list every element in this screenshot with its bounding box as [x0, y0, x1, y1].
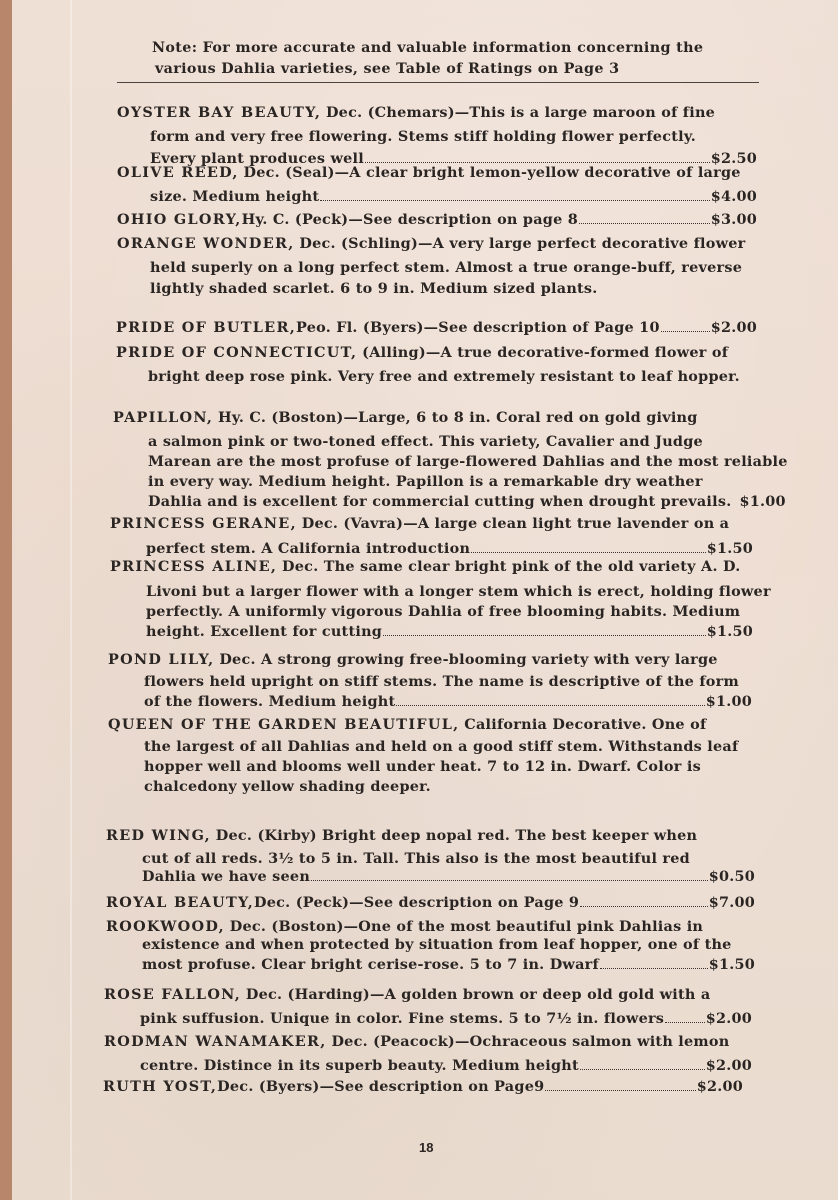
description-text: flowers held upright on stiff stems. The… — [144, 673, 739, 690]
dot-leader — [579, 222, 710, 224]
variety-summary: Hy. C. (Boston)—Large, 6 to 8 in. Coral … — [218, 409, 698, 426]
variety-price: $2.00 — [706, 1056, 752, 1075]
variety-description-line: hopper well and blooms well under heat. … — [144, 757, 750, 776]
dot-leader — [600, 967, 708, 969]
description-text: Dahlia and is excellent for commercial c… — [148, 492, 731, 511]
variety-heading: PRINCESS ALINE, Dec. The same clear brig… — [110, 557, 753, 577]
variety-name: ROYAL BEAUTY, — [106, 893, 254, 912]
variety-summary: Dec. (Schling)—A very large perfect deco… — [299, 235, 745, 252]
variety-description-line: Dahlia and is excellent for commercial c… — [148, 492, 754, 511]
description-text: perfect stem. A California introduction — [146, 539, 470, 558]
variety-description-line: bright deep rose pink. Very free and ext… — [148, 367, 757, 386]
variety-description-line: most profuse. Clear bright cerise-rose. … — [142, 955, 755, 974]
variety-description-line: chalcedony yellow shading deeper. — [144, 777, 750, 796]
variety-summary: Dec. (Peck)—See description on Page 9 — [254, 893, 579, 912]
variety-description-line: Dahlia we have seen$0.50 — [142, 867, 755, 886]
variety-name: PAPILLON, — [113, 409, 213, 426]
variety-name: OHIO GLORY, — [117, 210, 242, 229]
variety-name: RUTH YOST, — [103, 1077, 217, 1096]
description-text: chalcedony yellow shading deeper. — [144, 778, 431, 795]
variety-description-line: Marean are the most profuse of large-flo… — [148, 452, 754, 471]
variety-price: $1.50 — [707, 622, 753, 641]
variety-description-line: form and very free flowering. Stems stif… — [150, 127, 757, 146]
variety-description-line: in every way. Medium height. Papillon is… — [148, 472, 754, 491]
variety-name: OLIVE REED, — [117, 164, 239, 181]
variety-heading: RODMAN WANAMAKER, Dec. (Peacock)—Ochrace… — [104, 1032, 752, 1052]
variety-name: ROSE FALLON, — [104, 986, 241, 1003]
variety-name: OYSTER BAY BEAUTY, — [117, 104, 321, 121]
description-text: pink suffusion. Unique in color. Fine st… — [140, 1009, 664, 1028]
variety-summary: Hy. C. (Peck)—See description on page 8 — [242, 210, 578, 229]
dot-leader — [471, 551, 705, 553]
variety-description-line: of the flowers. Medium height$1.00 — [144, 692, 752, 711]
variety-heading: RED WING, Dec. (Kirby) Bright deep nopal… — [106, 826, 755, 846]
description-text: Marean are the most profuse of large-flo… — [148, 453, 788, 470]
variety-description-line: perfectly. A uniformly vigorous Dahlia o… — [146, 602, 753, 621]
variety-description-line: held superly on a long perfect stem. Alm… — [150, 258, 757, 277]
variety-heading: PAPILLON, Hy. C. (Boston)—Large, 6 to 8 … — [113, 408, 754, 428]
dot-leader — [580, 1068, 705, 1070]
note-line-1: Note: For more accurate and valuable inf… — [152, 38, 762, 59]
divider-rule — [117, 82, 759, 83]
dot-leader — [383, 634, 706, 636]
description-text: the largest of all Dahlias and held on a… — [144, 738, 738, 755]
variety-description-line: cut of all reds. 3½ to 5 in. Tall. This … — [142, 849, 755, 868]
variety-summary: Dec. (Peacock)—Ochraceous salmon with le… — [331, 1033, 729, 1050]
variety-name: PRIDE OF CONNECTICUT, — [116, 344, 357, 361]
description-text: bright deep rose pink. Very free and ext… — [148, 368, 740, 385]
description-text: size. Medium height — [150, 187, 319, 206]
variety-heading: RUTH YOST, Dec. (Byers)—See description … — [103, 1077, 743, 1096]
variety-name: PRIDE OF BUTLER, — [116, 318, 296, 337]
dot-leader — [396, 704, 704, 706]
note-line-2: various Dahlia varieties, see Table of R… — [152, 59, 762, 80]
description-text: existence and when protected by situatio… — [142, 936, 732, 953]
variety-heading: PRIDE OF CONNECTICUT, (Alling)—A true de… — [116, 343, 757, 363]
variety-price: $1.00 — [739, 492, 785, 511]
variety-heading: QUEEN OF THE GARDEN BEAUTIFUL, Californi… — [108, 715, 750, 735]
dot-leader — [580, 905, 707, 907]
description-text: Dahlia we have seen — [142, 867, 310, 886]
description-text: form and very free flowering. Stems stif… — [150, 128, 696, 145]
variety-description-line: existence and when protected by situatio… — [142, 935, 755, 954]
variety-price: $4.00 — [711, 187, 757, 206]
variety-heading: ROOKWOOD, Dec. (Boston)—One of the most … — [106, 917, 755, 937]
description-text: Livoni but a larger flower with a longer… — [146, 583, 771, 600]
variety-heading: PRIDE OF BUTLER, Peo. Fl. (Byers)—See de… — [116, 318, 757, 337]
dot-leader — [320, 199, 709, 201]
dot-leader — [311, 879, 708, 881]
dot-leader — [732, 505, 738, 506]
dot-leader — [665, 1021, 705, 1023]
description-text: perfectly. A uniformly vigorous Dahlia o… — [146, 603, 740, 620]
variety-description-line: Livoni but a larger flower with a longer… — [146, 582, 753, 601]
variety-price: $2.00 — [697, 1077, 743, 1096]
note-text: Note: For more accurate and valuable inf… — [152, 38, 762, 80]
variety-description-line: perfect stem. A California introduction$… — [146, 539, 753, 558]
variety-name: PRINCESS ALINE, — [110, 558, 277, 575]
description-text: hopper well and blooms well under heat. … — [144, 758, 701, 775]
variety-summary: Dec. The same clear bright pink of the o… — [282, 558, 740, 575]
variety-summary: Peo. Fl. (Byers)—See description of Page… — [296, 318, 660, 337]
variety-price: $7.00 — [709, 893, 755, 912]
description-text: most profuse. Clear bright cerise-rose. … — [142, 955, 599, 974]
variety-price: $2.00 — [706, 1009, 752, 1028]
variety-summary: Dec. (Kirby) Bright deep nopal red. The … — [216, 827, 698, 844]
variety-description-line: pink suffusion. Unique in color. Fine st… — [140, 1009, 752, 1028]
variety-summary: Dec. (Chemars)—This is a large maroon of… — [326, 104, 715, 121]
variety-summary: California Decorative. One of — [464, 716, 706, 733]
variety-description-line: centre. Distince in its superb beauty. M… — [140, 1056, 752, 1075]
variety-summary: Dec. A strong growing free-blooming vari… — [219, 651, 717, 668]
variety-name: QUEEN OF THE GARDEN BEAUTIFUL, — [108, 716, 459, 733]
variety-description-line: flowers held upright on stiff stems. The… — [144, 672, 752, 691]
variety-summary: Dec. (Boston)—One of the most beautiful … — [230, 918, 703, 935]
variety-summary: Dec. (Vavra)—A large clean light true la… — [302, 515, 730, 532]
variety-heading: OLIVE REED, Dec. (Seal)—A clear bright l… — [117, 163, 757, 183]
variety-name: ROOKWOOD, — [106, 918, 225, 935]
variety-name: RODMAN WANAMAKER, — [104, 1033, 327, 1050]
variety-price: $3.00 — [711, 210, 757, 229]
variety-heading: ROSE FALLON, Dec. (Harding)—A golden bro… — [104, 985, 752, 1005]
variety-heading: ROYAL BEAUTY, Dec. (Peck)—See descriptio… — [106, 893, 755, 912]
variety-description-line: a salmon pink or two-toned effect. This … — [148, 432, 754, 451]
variety-description-line: size. Medium height$4.00 — [150, 187, 757, 206]
variety-name: POND LILY, — [108, 651, 214, 668]
variety-price: $2.00 — [711, 318, 757, 337]
variety-description-line: lightly shaded scarlet. 6 to 9 in. Mediu… — [150, 279, 757, 298]
dot-leader — [661, 330, 710, 332]
variety-name: PRINCESS GERANE, — [110, 515, 297, 532]
variety-heading: OYSTER BAY BEAUTY, Dec. (Chemars)—This i… — [117, 103, 757, 123]
page-number: 18 — [419, 1140, 433, 1155]
variety-summary: Dec. (Seal)—A clear bright lemon-yellow … — [244, 164, 741, 181]
variety-price: $0.50 — [709, 867, 755, 886]
variety-heading: OHIO GLORY, Hy. C. (Peck)—See descriptio… — [117, 210, 757, 229]
variety-heading: POND LILY, Dec. A strong growing free-bl… — [108, 650, 752, 670]
description-text: in every way. Medium height. Papillon is… — [148, 473, 703, 490]
variety-price: $1.50 — [707, 539, 753, 558]
variety-heading: ORANGE WONDER, Dec. (Schling)—A very lar… — [117, 234, 757, 254]
description-text: height. Excellent for cutting — [146, 622, 382, 641]
description-text: centre. Distince in its superb beauty. M… — [140, 1056, 579, 1075]
variety-summary: Dec. (Harding)—A golden brown or deep ol… — [246, 986, 711, 1003]
variety-summary: Dec. (Byers)—See description on Page9 — [217, 1077, 544, 1096]
description-text: held superly on a long perfect stem. Alm… — [150, 259, 742, 276]
description-text: cut of all reds. 3½ to 5 in. Tall. This … — [142, 850, 690, 867]
variety-heading: PRINCESS GERANE, Dec. (Vavra)—A large cl… — [110, 514, 753, 534]
description-text: of the flowers. Medium height — [144, 692, 395, 711]
description-text: a salmon pink or two-toned effect. This … — [148, 433, 703, 450]
variety-name: ORANGE WONDER, — [117, 235, 295, 252]
dot-leader — [545, 1089, 695, 1091]
variety-summary: (Alling)—A true decorative-formed flower… — [362, 344, 728, 361]
variety-description-line: the largest of all Dahlias and held on a… — [144, 737, 750, 756]
page-fold-crease — [70, 0, 72, 1200]
variety-description-line: height. Excellent for cutting$1.50 — [146, 622, 753, 641]
description-text: lightly shaded scarlet. 6 to 9 in. Mediu… — [150, 280, 598, 297]
variety-price: $1.50 — [709, 955, 755, 974]
variety-price: $1.00 — [706, 692, 752, 711]
variety-name: RED WING, — [106, 827, 211, 844]
